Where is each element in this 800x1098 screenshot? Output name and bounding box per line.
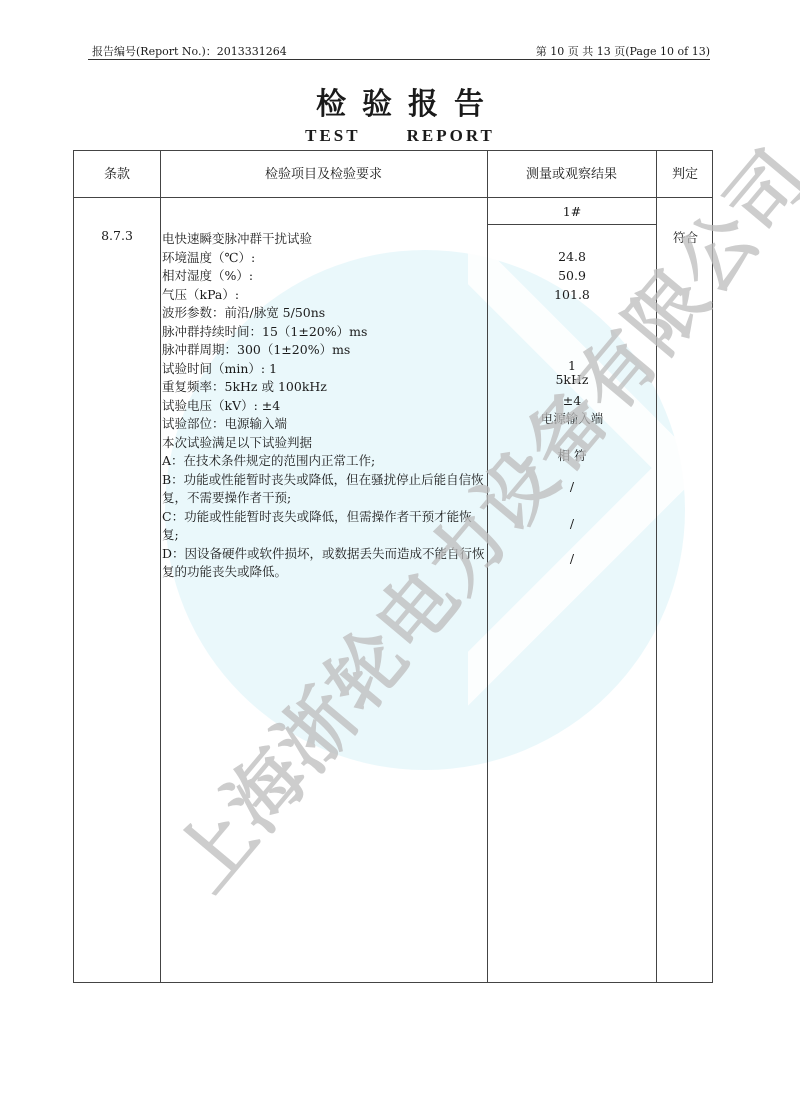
page-header: 报告编号(Report No.)：2013331264 第 10 页 共 13 …: [88, 45, 710, 60]
requirement-item: 波形参数：前沿/脉宽 5/50ns: [162, 304, 487, 323]
sample-label: 1#: [488, 198, 656, 225]
requirement-item: 试验电压（kV）: ±4: [162, 397, 487, 416]
requirement-item: 脉冲群持续时间：15（1±20%）ms: [162, 323, 487, 342]
requirement-item: 脉冲群周期：300（1±20%）ms: [162, 341, 487, 360]
criterion-a: A：在技术条件规定的范围内正常工作;: [162, 452, 487, 471]
requirement-item: 重复频率：5kHz 或 100kHz: [162, 378, 487, 397]
clause-number: 8.7.3: [74, 228, 160, 243]
column-header-verdict: 判定: [656, 151, 714, 198]
requirement-item: 试验部位：电源输入端: [162, 415, 487, 434]
column-header-requirements: 检验项目及检验要求: [160, 151, 487, 198]
requirement-item: 环境温度（℃）:: [162, 249, 487, 268]
requirement-item: 电快速瞬变脉冲群干扰试验: [162, 230, 487, 249]
column-divider: [160, 151, 161, 982]
report-number: 报告编号(Report No.)：2013331264: [92, 45, 287, 59]
requirement-item: 相对湿度（%）:: [162, 267, 487, 286]
requirement-item: 气压（kPa）:: [162, 286, 487, 305]
requirement-item: 试验时间（min）: 1: [162, 360, 487, 379]
page-number: 第 10 页 共 13 页(Page 10 of 13): [536, 45, 710, 59]
title-en-left: TEST: [305, 126, 360, 145]
report-title-en: TESTREPORT: [0, 126, 800, 146]
title-en-right: REPORT: [407, 126, 495, 145]
column-header-results: 测量或观察结果: [487, 151, 656, 198]
column-header-clause: 条款: [74, 151, 160, 198]
report-title-cn: 检验报告: [0, 88, 800, 122]
requirement-item: 本次试验满足以下试验判据: [162, 434, 487, 453]
